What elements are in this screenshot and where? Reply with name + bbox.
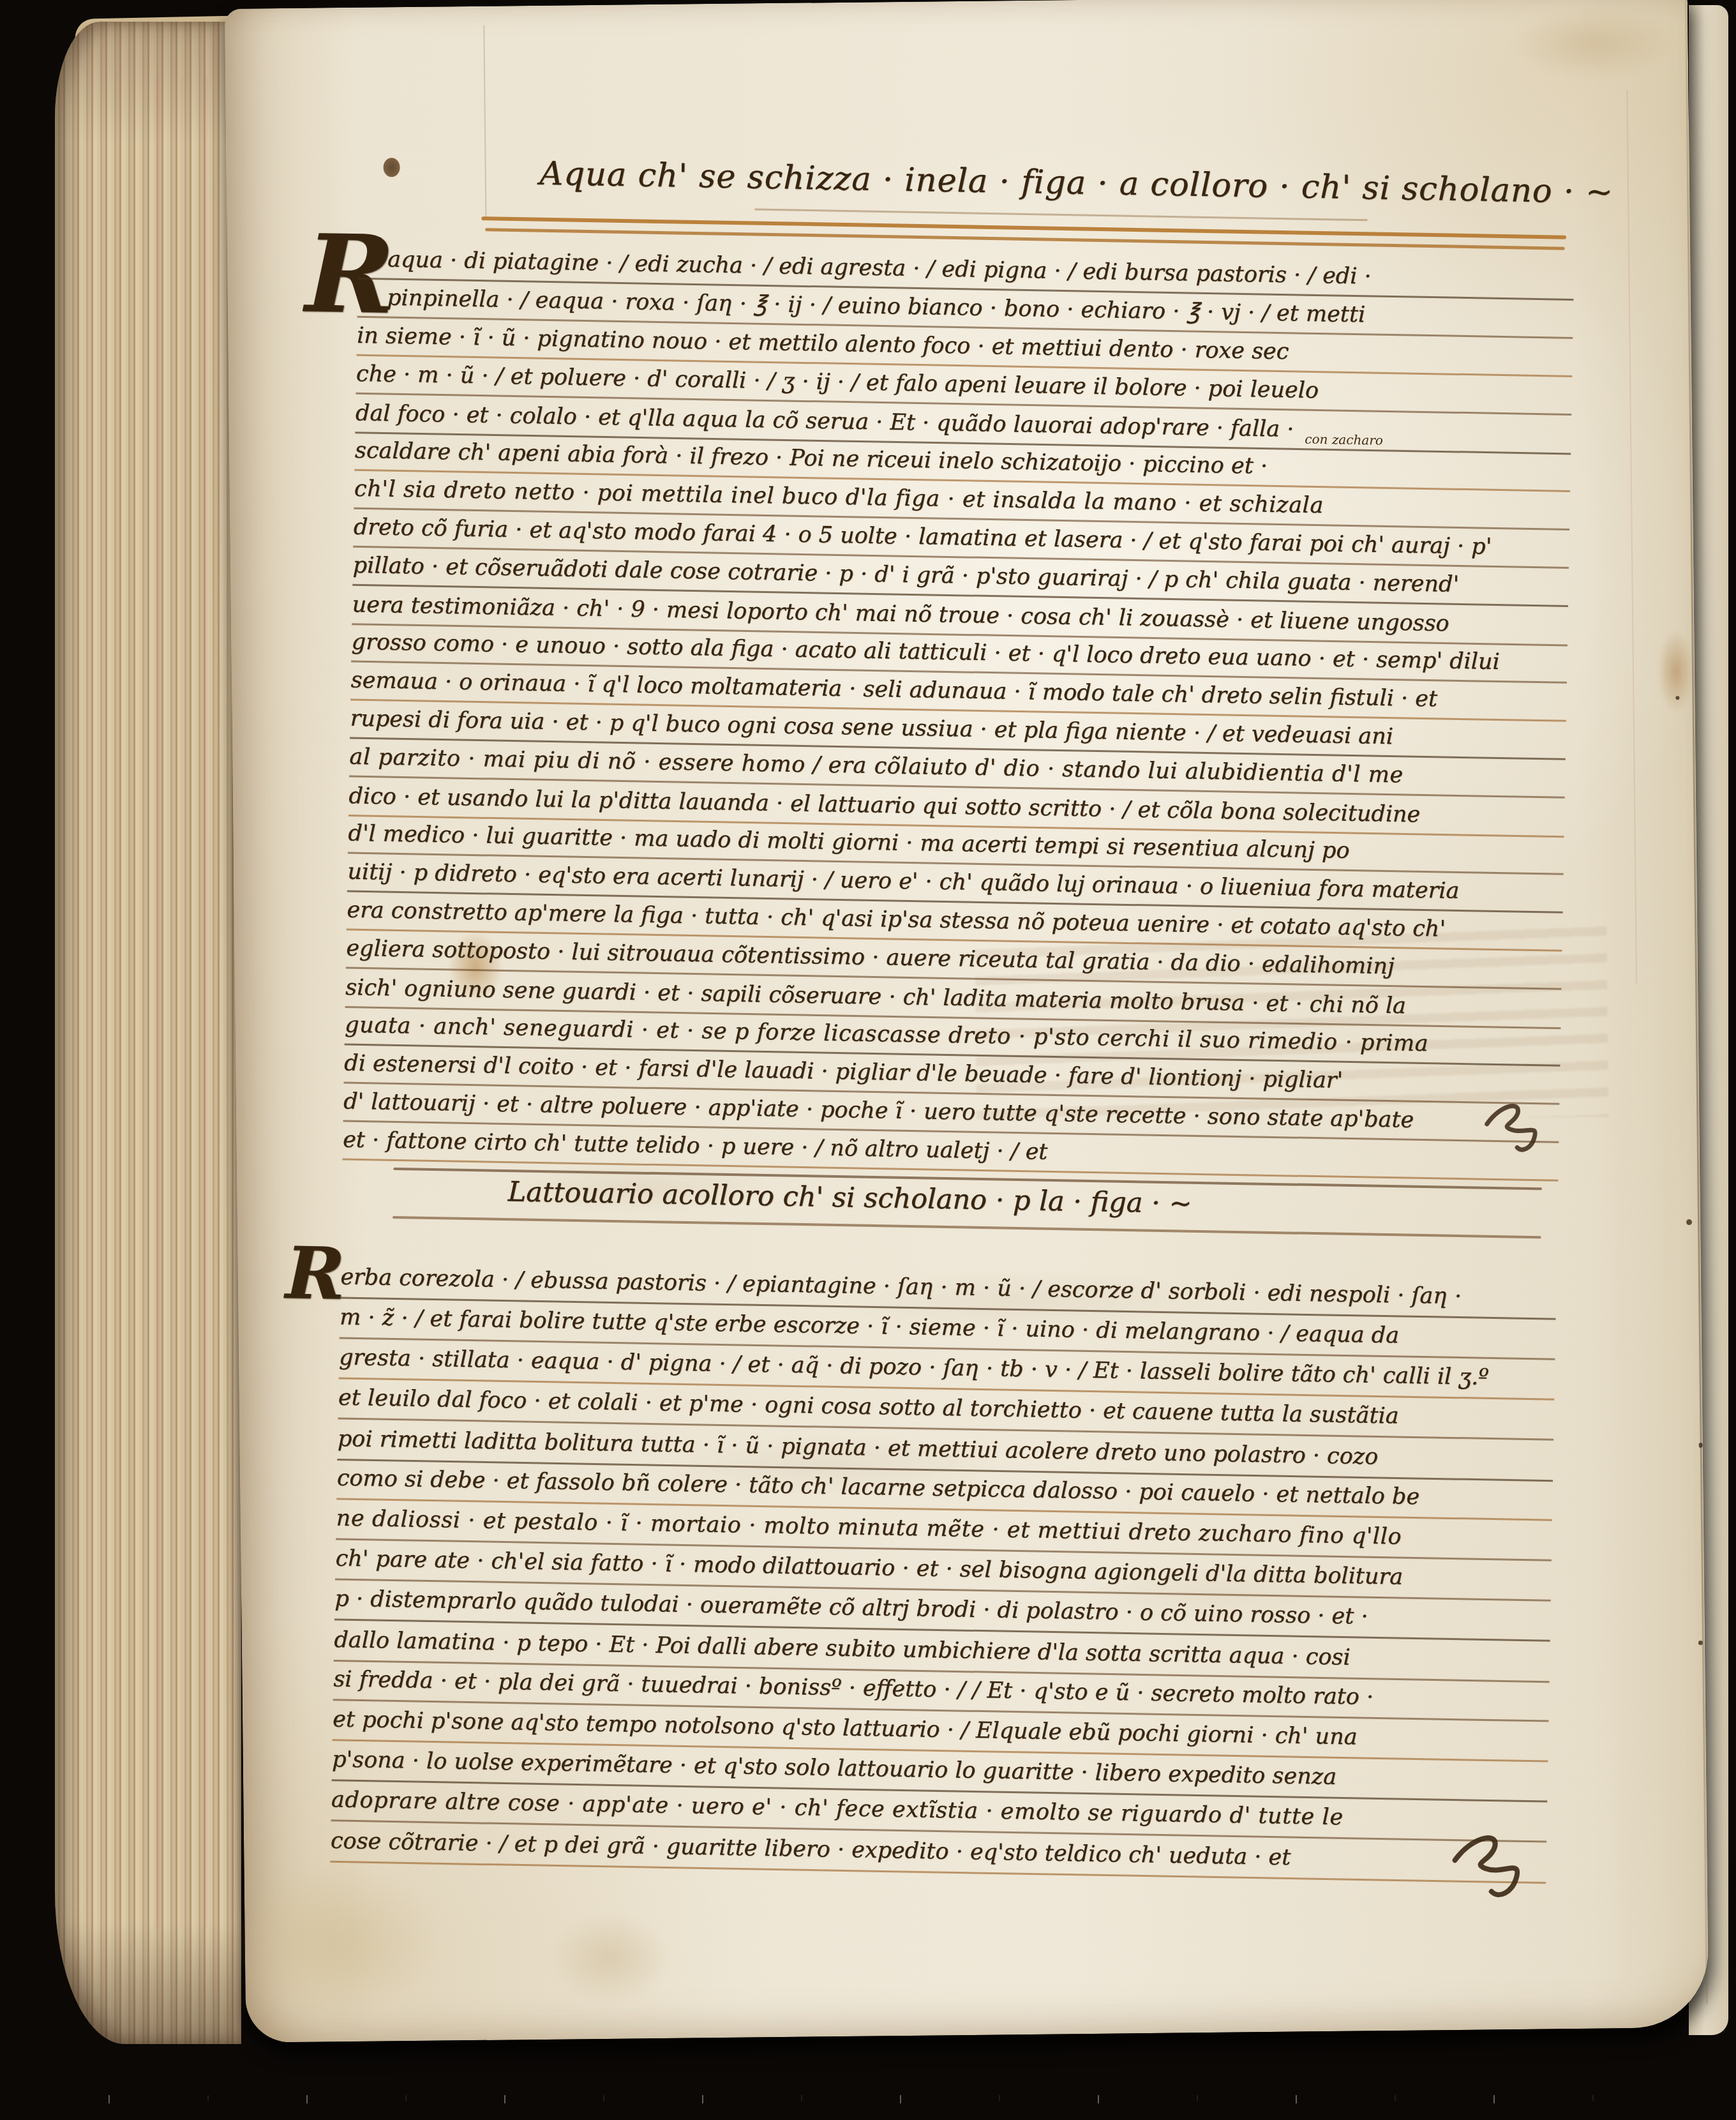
handwritten-text-block: Aqua ch' se schizza · inela · figa · a c… (315, 146, 1598, 169)
scale-tick (603, 2095, 604, 2101)
scale-tick (801, 2095, 802, 2101)
ink-speck (1675, 696, 1679, 700)
pen-flourish-icon (1444, 1824, 1541, 1903)
scale-tick (108, 2095, 110, 2103)
scale-tick (1395, 2095, 1396, 2101)
scale-tick (1592, 2095, 1594, 2101)
pen-flourish-icon (1478, 1094, 1555, 1156)
double-ruled-line (481, 216, 1566, 239)
scale-tick (1493, 2095, 1495, 2103)
scale-tick (504, 2095, 505, 2103)
page-title: Aqua ch' se schizza · inela · figa · a c… (539, 155, 1613, 211)
recipe-2-text: erba corezola · / ebussa pastoris · / ep… (330, 1258, 1556, 1883)
scale-tick (207, 2095, 209, 2101)
initial-capital-r: R (285, 1238, 345, 1310)
scale-tick (1296, 2095, 1297, 2103)
corner-grime (1514, 6, 1674, 79)
foxing-spot (237, 1865, 437, 2020)
scale-tick (405, 2095, 407, 2101)
page-stack-stains (134, 77, 211, 1928)
manuscript-page: Aqua ch' se schizza · inela · figa · a c… (225, 0, 1709, 2043)
vertical-crease (483, 26, 486, 217)
ink-blot (383, 158, 400, 177)
scale-tick (900, 2095, 901, 2103)
scale-tick (999, 2095, 1000, 2101)
scale-tick (1098, 2095, 1099, 2103)
interlinear-note: con zacharo (1305, 432, 1383, 448)
ink-speck (1686, 1219, 1692, 1225)
photo-background: Aqua ch' se schizza · inela · figa · a c… (0, 0, 1736, 2120)
scale-tick (1197, 2095, 1198, 2101)
recipe-1-text: aqua · di piatagine · / edi zucha · / ed… (343, 241, 1575, 1182)
ink-speck (1699, 1443, 1703, 1448)
vertical-crease (1626, 90, 1637, 984)
scale-tick (306, 2095, 308, 2103)
ink-speck (1698, 1641, 1703, 1645)
title-underline (755, 209, 1368, 222)
foxing-spot (551, 1913, 666, 2004)
scale-tick (702, 2095, 703, 2103)
